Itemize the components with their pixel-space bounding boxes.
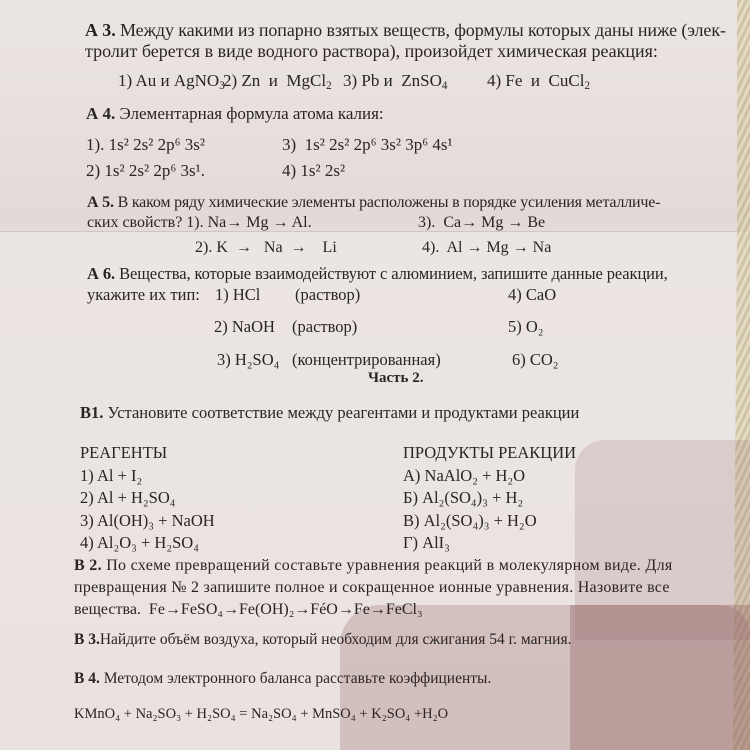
b1-reagents-header: РЕАГЕНТЫ bbox=[80, 443, 167, 463]
b1-product-b: Б) Al₂(SO₄)₃ + H₂ bbox=[403, 488, 523, 508]
a3-option-2: 2) Zn и MgCl2 bbox=[223, 71, 332, 91]
b1-product-a: А) NaAlO₂ + H₂O bbox=[403, 466, 525, 486]
a5-option-4: 4). Al → Mg → Na bbox=[422, 238, 551, 257]
a6-text-line1: Вещества, которые взаимодействуют с алюм… bbox=[119, 264, 668, 283]
b2-label: В 2. bbox=[74, 557, 102, 574]
a4-text: Элементарная формула атома калия: bbox=[120, 104, 384, 123]
a5-option-3: 3). Ca→ Mg → Be bbox=[418, 213, 545, 232]
b3-text: Найдите объём воздуха, который необходим… bbox=[100, 631, 572, 648]
b1-reagent-4: 4) Al₂O₃ + H₂SO₄ bbox=[80, 533, 199, 553]
a6-option-3: 3) H₂SO₄ bbox=[217, 350, 279, 370]
b1-product-v: В) Al₂(SO₄)₃ + H₂O bbox=[403, 511, 537, 531]
a6-option-4: 4) CaO bbox=[508, 285, 556, 305]
a4-option-2: 2) 1s² 2s² 2p⁶ 3s¹. bbox=[86, 161, 205, 181]
b2-text-line3: вещества. bbox=[74, 601, 141, 618]
b1-label: В1. bbox=[80, 403, 103, 422]
b2-text-line1: По схеме превращений составьте уравнения… bbox=[106, 557, 672, 574]
a5-question-line1: А 5. В каком ряду химические элементы ра… bbox=[87, 193, 660, 212]
a6-question-line1: А 6. Вещества, которые взаимодействуют с… bbox=[87, 264, 668, 284]
a6-label: А 6. bbox=[87, 264, 115, 283]
a6-option-1-note: (раствор) bbox=[295, 285, 360, 305]
a6-option-3-note: (концентрированная) bbox=[292, 350, 441, 370]
b1-reagent-1: 1) Al + I₂ bbox=[80, 466, 142, 486]
b1-question: В1. Установите соответствие между реаген… bbox=[80, 403, 579, 423]
b1-text: Установите соответствие между реагентами… bbox=[108, 403, 580, 422]
a6-option-1: 1) HCl bbox=[215, 285, 260, 305]
a4-question: А 4. Элементарная формула атома калия: bbox=[86, 104, 384, 124]
b4-equation: KMnO₄ + Na₂SO₃ + H₂SO₄ = Na₂SO₄ + MnSO₄ … bbox=[74, 706, 448, 723]
b1-product-g: Г) AlI₃ bbox=[403, 533, 450, 553]
b2-text-line2: превращения № 2 запишите полное и сокращ… bbox=[74, 578, 670, 597]
b4-text: Методом электронного баланса расставьте … bbox=[104, 670, 492, 687]
b3-label: В 3. bbox=[74, 631, 100, 648]
a6-option-2: 2) NaOH bbox=[214, 317, 275, 337]
a5-text-line1: В каком ряду химические элементы располо… bbox=[118, 194, 661, 211]
a4-option-3: 3) 1s² 2s² 2p⁶ 3s² 3p⁶ 4s¹ bbox=[282, 135, 453, 155]
b4-question: В 4. Методом электронного баланса расста… bbox=[74, 670, 491, 689]
a6-option-6: 6) CO₂ bbox=[512, 350, 559, 370]
b2-question-line3: вещества. Fe→FeSO₄→Fe(OH)₂→FéO→Fe→FeCl₃ bbox=[74, 600, 423, 619]
a4-label: А 4. bbox=[86, 104, 115, 123]
a3-text-line1: Между какими из попарно взятых веществ, … bbox=[120, 20, 726, 40]
a5-question-line2: ских свойств? 1). Na→ Mg → Al. bbox=[87, 213, 312, 232]
b1-reagent-3: 3) Al(OH)₃ + NaOH bbox=[80, 511, 215, 531]
b2-scheme: Fe→FeSO₄→Fe(OH)₂→FéO→Fe→FeCl₃ bbox=[149, 601, 423, 618]
a4-option-1: 1). 1s² 2s² 2p⁶ 3s² bbox=[86, 135, 205, 155]
b2-question-line1: В 2. По схеме превращений составьте урав… bbox=[74, 556, 673, 575]
b3-question: В 3.Найдите объём воздуха, который необх… bbox=[74, 631, 571, 650]
a6-option-2-note: (раствор) bbox=[292, 317, 357, 337]
a5-label: А 5. bbox=[87, 194, 114, 211]
a5-option-2: 2). K → Na → Li bbox=[195, 238, 337, 257]
a3-option-1: 1) Au и AgNO3 bbox=[118, 71, 225, 91]
a3-question-line1: А 3. Между какими из попарно взятых веще… bbox=[85, 20, 726, 42]
a4-option-4: 4) 1s² 2s² bbox=[282, 161, 345, 181]
a6-option-5: 5) O₂ bbox=[508, 317, 544, 337]
a5-option-1: 1). Na→ Mg → Al. bbox=[186, 214, 311, 231]
a6-text-line2: укажите их тип: bbox=[87, 285, 200, 305]
a5-text-line2: ских свойств? bbox=[87, 214, 182, 231]
b1-reagent-2: 2) Al + H₂SO₄ bbox=[80, 488, 176, 508]
b1-products-header: ПРОДУКТЫ РЕАКЦИИ bbox=[403, 443, 576, 463]
a3-text-line2: тролит берется в виде водного раствора),… bbox=[85, 41, 658, 63]
a3-option-4: 4) Fe и CuCl2 bbox=[487, 71, 590, 91]
a3-option-3: 3) Pb и ZnSO4 bbox=[343, 71, 447, 91]
b4-label: В 4. bbox=[74, 670, 100, 687]
a3-label: А 3. bbox=[85, 20, 116, 40]
part2-title: Часть 2. bbox=[368, 369, 423, 387]
worksheet: А 3. Между какими из попарно взятых веще… bbox=[0, 0, 750, 750]
